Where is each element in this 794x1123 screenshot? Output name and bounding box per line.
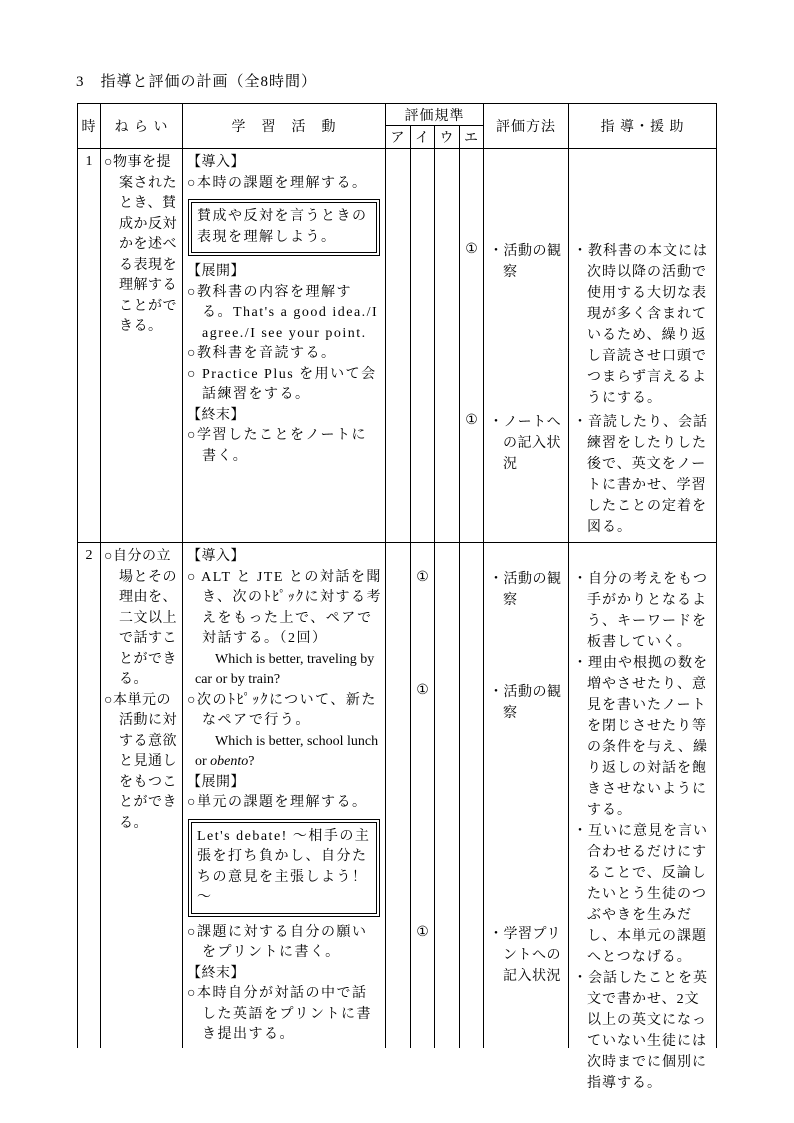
support-cell: ・教科書の本文には次時以降の活動で使用する大切な表現が多く含まれているため、繰り…	[569, 149, 717, 543]
activity-phase: 【終末】	[187, 406, 382, 427]
col-header-support: 指 導・援 助	[569, 104, 717, 149]
activity-item: ○本時の課題を理解する。	[187, 174, 382, 195]
criteria-cell-e: ① ①	[460, 149, 484, 543]
col-header-criteria-group: 評価規準	[386, 104, 484, 126]
goal-box-text: Let's debate! ～相手の主張を打ち負かし、自分たちの意見を主張しよう…	[191, 822, 377, 914]
support-cell: ・自分の考えをもつ手がかりとなるよう、キーワードを板書していく。 ・理由や根拠の…	[569, 543, 717, 1049]
evaluation-mark: ①	[411, 569, 434, 586]
support-item: ・互いに意見を言い合わせるだけにすることで、反論したいとう生徒のつぶやきを生みだ…	[573, 821, 714, 968]
evaluation-mark: ①	[460, 241, 483, 258]
period-cell: 1	[78, 149, 101, 543]
activity-item: ○教科書を音読する。	[187, 344, 382, 365]
activity-item: ○課題に対する自分の願いをプリントに書く。	[187, 923, 382, 964]
activity-phase: 【展開】	[187, 773, 382, 794]
lesson-plan-table: 時 ね ら い 学 習 活 動 評価規準 評価方法 指 導・援 助 ア イ ウ …	[77, 103, 717, 1048]
support-item: ・音読したり、会話練習をしたりした後で、英文をノートに書かせ、学習したことの定着…	[573, 412, 714, 538]
activity-item: ○学習したことをノートに書く。	[187, 426, 382, 467]
method-item: ・活動の観察	[489, 241, 565, 283]
document-title: 3 指導と評価の計画（全8時間）	[76, 70, 317, 91]
activity-phase: 【終末】	[187, 964, 382, 985]
criteria-cell-e	[460, 543, 484, 1049]
method-cell: ・活動の観察 ・活動の観察 ・学習プリントへの記入状況	[484, 543, 569, 1049]
activity-phase: 【導入】	[187, 153, 382, 174]
criteria-cell-i	[411, 149, 435, 543]
activity-item: ○単元の課題を理解する。	[187, 793, 382, 814]
support-item: ・自分の考えをもつ手がかりとなるよう、キーワードを板書していく。	[573, 569, 714, 653]
col-header-criteria-e: エ	[460, 126, 484, 149]
activity-item: ○次のﾄﾋﾟｯｸについて、新たなペアで行う。	[187, 691, 382, 732]
activity-item: ○ Practice Plus を用いて会話練習をする。	[187, 365, 382, 406]
page: 3 指導と評価の計画（全8時間） 時 ね ら い 学 習 活 動 評価規準 評価…	[0, 0, 794, 1123]
col-header-method: 評価方法	[484, 104, 569, 149]
support-item: ・会話したことを英文で書かせ、2文以上の英文になっていない生徒には次時までに個別…	[573, 968, 714, 1094]
activity-cell: 【導入】 ○ ALT と JTE との対話を聞き、次のﾄﾋﾟｯｸに対する考えをも…	[183, 543, 386, 1049]
aim-item: ○本単元の活動に対する意欲と見通しをもつことができる。	[104, 691, 180, 835]
col-header-criteria-a: ア	[386, 126, 411, 149]
col-header-aim: ね ら い	[101, 104, 183, 149]
criteria-cell-a	[386, 543, 411, 1049]
activity-item: ○教科書の内容を理解する。That's a good idea./I agree…	[187, 283, 382, 345]
method-item: ・ノートへの記入状況	[489, 412, 565, 475]
activity-goal-box: 賛成や反対を言うときの表現を理解しよう。	[188, 199, 380, 256]
aim-cell: ○自分の立場とその理由を、二文以上で話すことができる。 ○本単元の活動に対する意…	[101, 543, 183, 1049]
support-item: ・理由や根拠の数を増やさせたり、意見を書いたノートを閉じさせたり等の条件を与え、…	[573, 653, 714, 821]
evaluation-mark: ①	[460, 412, 483, 429]
criteria-cell-a	[386, 149, 411, 543]
criteria-cell-u	[435, 543, 460, 1049]
method-cell: ・活動の観察 ・ノートへの記入状況	[484, 149, 569, 543]
evaluation-mark: ①	[411, 682, 434, 699]
method-item: ・学習プリントへの記入状況	[489, 924, 565, 987]
aim-item: ○自分の立場とその理由を、二文以上で話すことができる。	[104, 547, 180, 691]
goal-box-text: 賛成や反対を言うときの表現を理解しよう。	[191, 202, 377, 253]
table-row: 1 ○物事を提案されたとき、賛成か反対かを述べる表現を理解することができる。 【…	[78, 149, 717, 543]
criteria-cell-u	[435, 149, 460, 543]
activity-goal-box: Let's debate! ～相手の主張を打ち負かし、自分たちの意見を主張しよう…	[188, 819, 380, 917]
col-header-time: 時	[78, 104, 101, 149]
aim-item: ○物事を提案されたとき、賛成か反対かを述べる表現を理解することができる。	[104, 153, 180, 338]
activity-phase: 【導入】	[187, 547, 382, 568]
col-header-activity: 学 習 活 動	[183, 104, 386, 149]
evaluation-mark: ①	[411, 924, 434, 941]
english-example: Which is better, traveling by car or by …	[187, 650, 382, 691]
activity-item: ○ ALT と JTE との対話を聞き、次のﾄﾋﾟｯｸに対する考えをもった上で、…	[187, 568, 382, 650]
col-header-criteria-u: ウ	[435, 126, 460, 149]
aim-cell: ○物事を提案されたとき、賛成か反対かを述べる表現を理解することができる。	[101, 149, 183, 543]
activity-item: ○本時自分が対話の中で話した英語をプリントに書き提出する。	[187, 984, 382, 1046]
table-header: 時 ね ら い 学 習 活 動 評価規準 評価方法 指 導・援 助 ア イ ウ …	[78, 104, 717, 149]
method-item: ・活動の観察	[489, 682, 565, 724]
col-header-criteria-i: イ	[411, 126, 435, 149]
period-cell: 2	[78, 543, 101, 1049]
method-item: ・活動の観察	[489, 569, 565, 611]
support-item: ・教科書の本文には次時以降の活動で使用する大切な表現が多く含まれているため、繰り…	[573, 241, 714, 409]
activity-cell: 【導入】 ○本時の課題を理解する。 賛成や反対を言うときの表現を理解しよう。 【…	[183, 149, 386, 543]
english-example: Which is better, school lunch or obento?	[187, 732, 382, 773]
activity-phase: 【展開】	[187, 262, 382, 283]
table-row: 2 ○自分の立場とその理由を、二文以上で話すことができる。 ○本単元の活動に対す…	[78, 543, 717, 1049]
criteria-cell-i: ① ① ①	[411, 543, 435, 1049]
